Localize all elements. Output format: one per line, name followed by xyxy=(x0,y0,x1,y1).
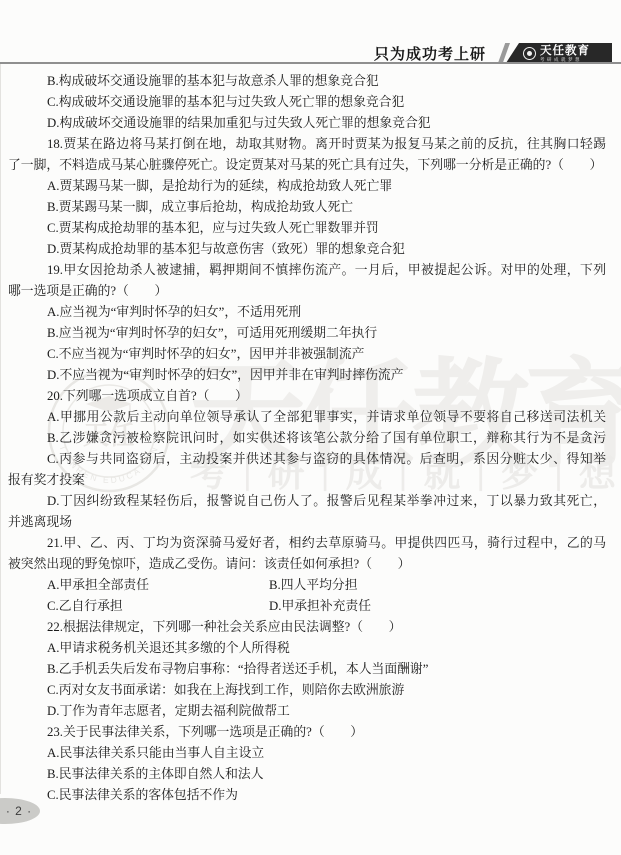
option-line: C.贾某构成抢劫罪的基本犯，应与过失致人死亡罪数罪并罚 xyxy=(8,218,606,239)
question-line: 20.下列哪一选项成立自首?（ ） xyxy=(8,386,606,407)
logo-emblem-icon xyxy=(523,47,536,60)
option-line: B.应当视为“审判时怀孕的妇女”，可适用死刑缓期二年执行 xyxy=(8,323,606,344)
header-slogan: 只为成功考上研 xyxy=(374,43,486,64)
option-line: D.丁作为青年志愿者，定期去福利院做帮工 xyxy=(8,701,606,722)
scanned-exam-page: { "header": { "slogan": "只为成功考上研", "logo… xyxy=(0,0,621,855)
option-line: D.不应当视为“审判时怀孕的妇女”，因甲并非在审判时摔伤流产 xyxy=(8,365,606,386)
question-line: 18.贾某在路边将马某打倒在地，劫取其财物。离开时贾某为报复马某之前的反抗，往其… xyxy=(8,134,606,155)
option-line: C.丙参与共同盗窃后，主动投案并供述其参与盗窃的具体情况。后查明，系因分赃太少、… xyxy=(8,449,606,470)
option-line-pair: C.乙自行承担 D.甲承担补充责任 xyxy=(8,596,606,617)
header-divider xyxy=(0,62,621,64)
option-line: B.四人平均分担 xyxy=(269,575,358,596)
option-line: A.民事法律关系只能由当事人自主设立 xyxy=(8,743,606,764)
option-line: B.乙手机丢失后发布寻物启事称：“拾得者送还手机，本人当面酬谢” xyxy=(8,659,606,680)
brand-logo: 天任教育 考研成就梦想 xyxy=(506,43,612,63)
question-line: 19.甲女因抢劫杀人被逮捕，羁押期间不慎摔伤流产。一月后，甲被提起公诉。对甲的处… xyxy=(8,260,606,281)
exam-text-block: B.构成破坏交通设施罪的基本犯与故意杀人罪的想象竞合犯 C.构成破坏交通设施罪的… xyxy=(8,71,606,806)
question-line: 21.甲、乙、丙、丁均为资深骑马爱好者，相约去草原骑马。甲提供四匹马，骑行过程中… xyxy=(8,533,606,554)
logo-brand-name: 天任教育 xyxy=(540,45,590,57)
option-line: A.甲承担全部责任 xyxy=(47,575,269,596)
option-line: A.甲挪用公款后主动向单位领导承认了全部犯罪事实，并请求单位领导不要将自己移送司… xyxy=(8,407,606,428)
page-number: · 2 · xyxy=(6,804,32,818)
option-line: C.乙自行承担 xyxy=(47,596,269,617)
option-line: A.甲请求税务机关退还其多缴的个人所得税 xyxy=(8,638,606,659)
option-line: B.乙涉嫌贪污被检察院讯问时，如实供述将该笔公款分给了国有单位职工，辩称其行为不… xyxy=(8,428,606,449)
logo-text-group: 天任教育 考研成就梦想 xyxy=(540,45,590,62)
option-line-pair: A.甲承担全部责任 B.四人平均分担 xyxy=(8,575,606,596)
question-line: 哪一选项是正确的?（ ） xyxy=(8,281,606,302)
question-line: 22.根据法律规定，下列哪一种社会关系应由民法调整?（ ） xyxy=(8,617,606,638)
option-line: D.构成破坏交通设施罪的结果加重犯与过失致人死亡罪的想象竞合犯 xyxy=(8,113,606,134)
option-line: D.贾某构成抢劫罪的基本犯与故意伤害（致死）罪的想象竞合犯 xyxy=(8,239,606,260)
page-header: 只为成功考上研 天任教育 考研成就梦想 xyxy=(0,43,612,63)
option-line: C.构成破坏交通设施罪的基本犯与过失致人死亡罪的想象竞合犯 xyxy=(8,92,606,113)
option-line: A.贾某踢马某一脚，是抢劫行为的延续，构成抢劫致人死亡罪 xyxy=(8,176,606,197)
option-line: C.丙对女友书面承诺：如我在上海找到工作，则陪你去欧洲旅游 xyxy=(8,680,606,701)
option-line: A.应当视为“审判时怀孕的妇女”，不适用死刑 xyxy=(8,302,606,323)
question-line: 23.关于民事法律关系，下列哪一选项是正确的?（ ） xyxy=(8,722,606,743)
question-line: 了一脚，不料造成马某心脏骤停死亡。设定贾某对马某的死亡具有过失，下列哪一分析是正… xyxy=(8,155,606,176)
option-line: C.民事法律关系的客体包括不作为 xyxy=(8,785,606,806)
scan-edge-line xyxy=(0,64,1,794)
option-line: B.贾某踢马某一脚，成立事后抢劫，构成抢劫致人死亡 xyxy=(8,197,606,218)
option-line: C.不应当视为“审判时怀孕的妇女”，因甲并非被强制流产 xyxy=(8,344,606,365)
option-line: B.民事法律关系的主体即自然人和法人 xyxy=(8,764,606,785)
option-line: 并逃离现场 xyxy=(8,512,606,533)
option-line: D.丁因纠纷致程某轻伤后，报警说自己伤人了。报警后见程某举拳冲过来，丁以暴力致其… xyxy=(8,491,606,512)
option-line: 报有奖才投案 xyxy=(8,470,606,491)
logo-subtitle: 考研成就梦想 xyxy=(540,57,590,62)
option-line: D.甲承担补充责任 xyxy=(269,596,371,617)
option-line: B.构成破坏交通设施罪的基本犯与故意杀人罪的想象竞合犯 xyxy=(8,71,606,92)
question-line: 被突然出现的野兔惊吓，造成乙受伤。请问：该责任如何承担?（ ） xyxy=(8,554,606,575)
